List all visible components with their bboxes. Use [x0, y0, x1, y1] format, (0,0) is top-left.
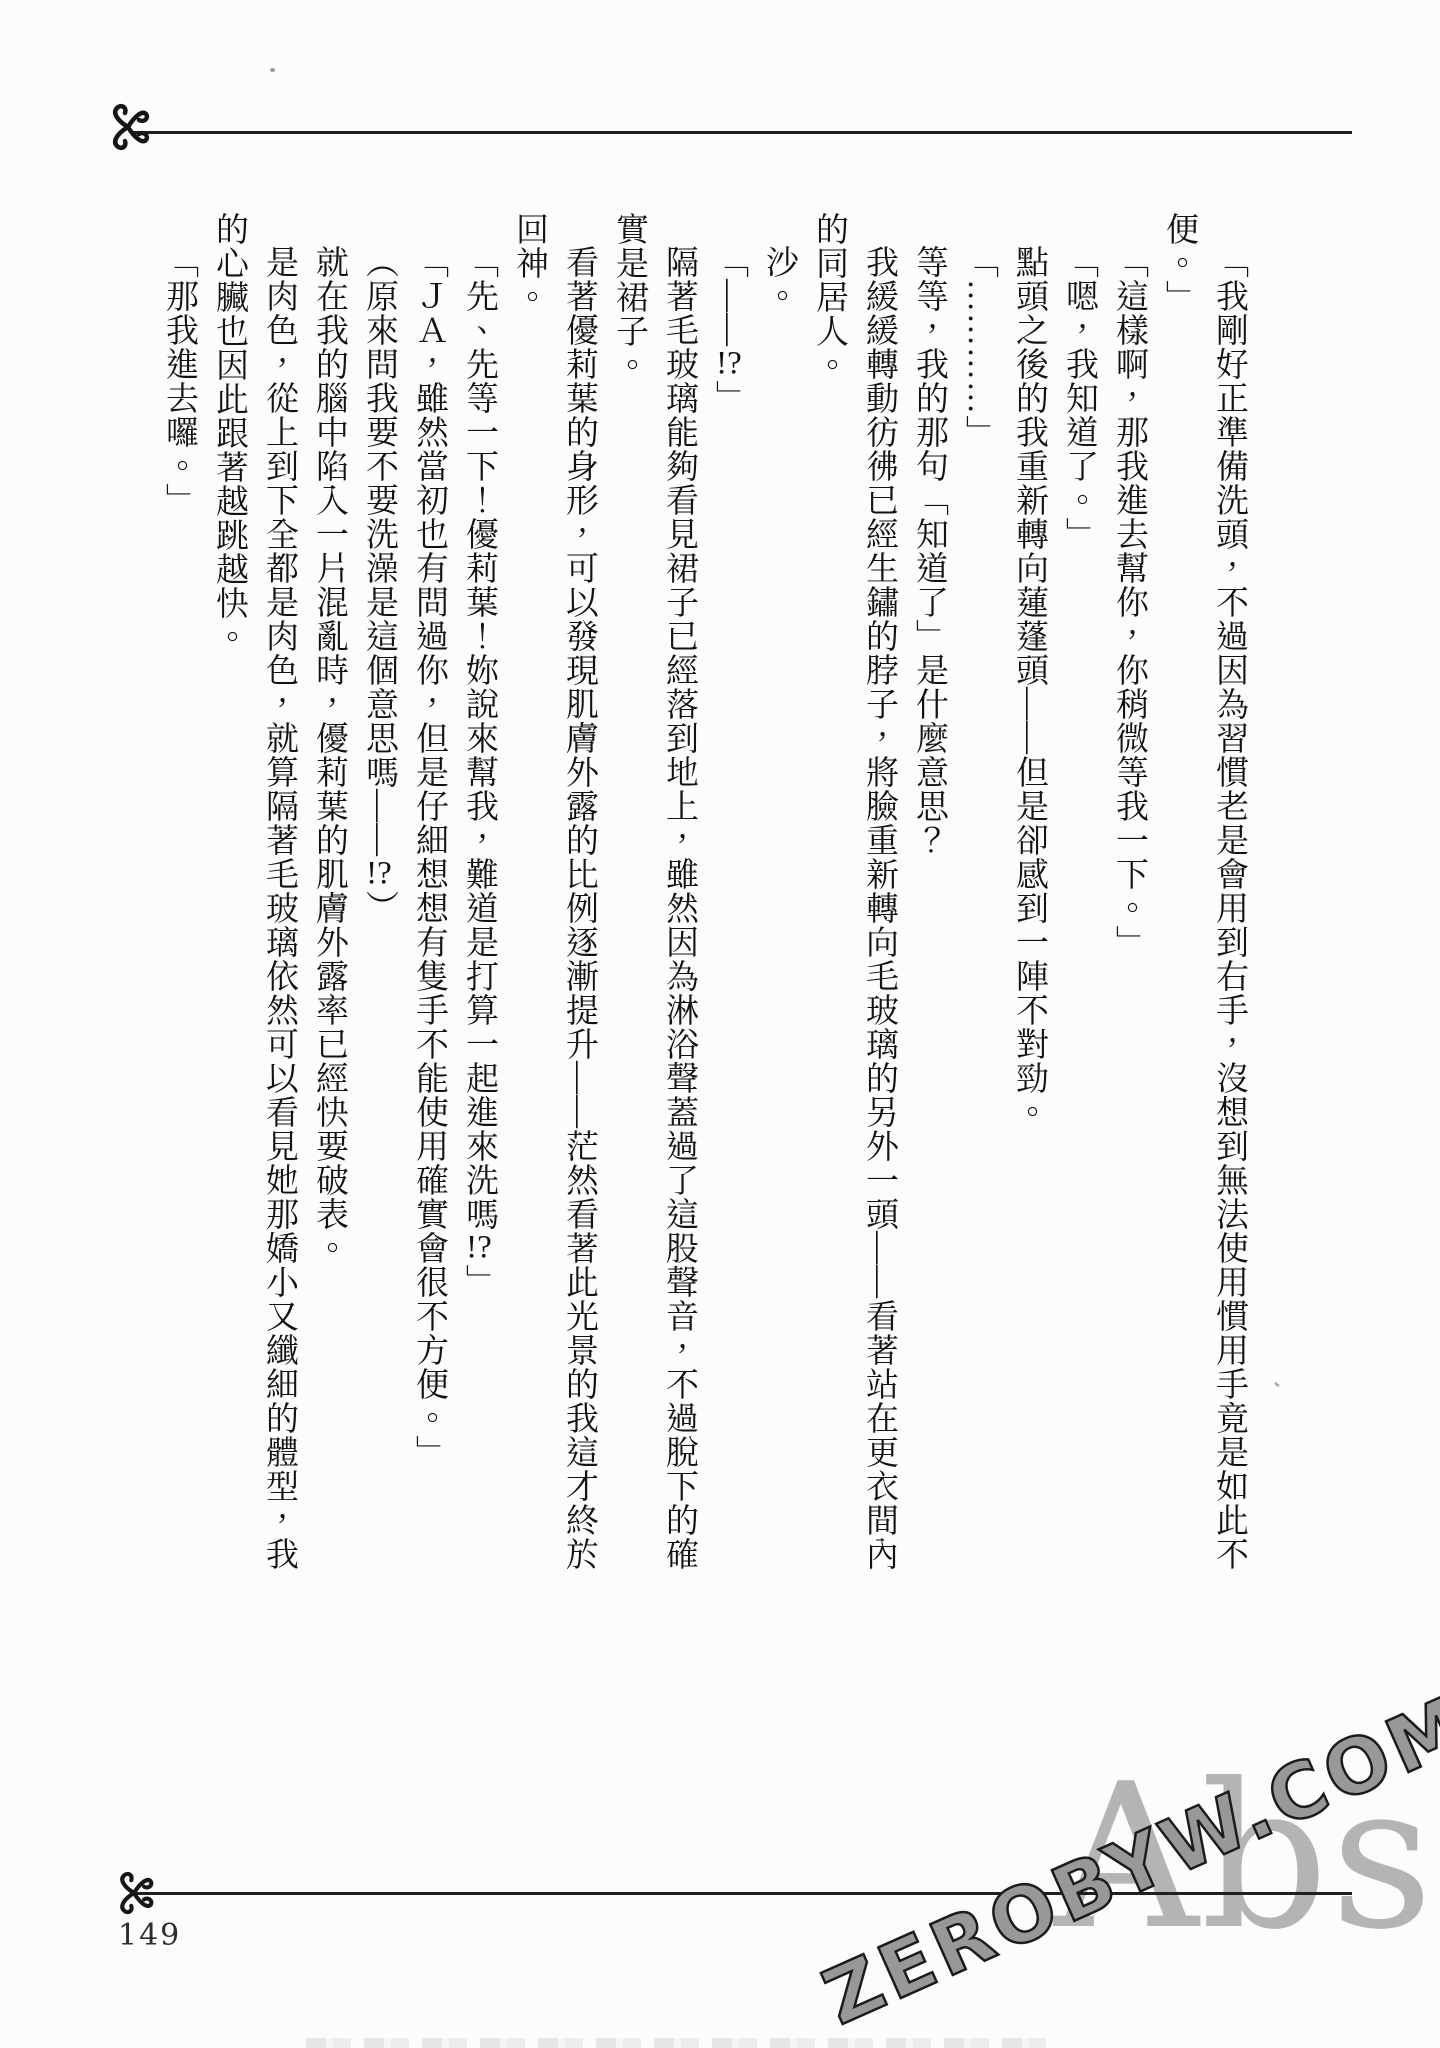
cut-off-text-remnant [306, 2038, 1046, 2048]
page-number: 149 [118, 1918, 181, 1953]
paragraph: 等等，我的那句「知道了」是什麼意思？ [904, 212, 954, 1577]
paragraph: 「——!?」 [704, 212, 754, 1577]
paragraph: 隔著毛玻璃能夠看見裙子已經落到地上，雖然因為淋浴聲蓋過了這股聲音，不過脫下的確實… [604, 212, 704, 1577]
paragraph: 「…………」 [954, 212, 1004, 1577]
book-page: 「我剛好正準備洗頭，不過因為習慣老是會用到右手，沒想到無法使用慣用手竟是如此不便… [0, 0, 1440, 2048]
scan-speck [270, 68, 275, 72]
paragraph: 「這樣啊，那我進去幫你，你稍微等我一下。」 [1104, 212, 1154, 1577]
paragraph: 「我剛好正準備洗頭，不過因為習慣老是會用到右手，沒想到無法使用慣用手竟是如此不便… [1154, 212, 1254, 1577]
paragraph: 就在我的腦中陷入一片混亂時，優莉葉的肌膚外露率已經快要破表。 [304, 212, 354, 1577]
paragraph: 「那我進去囉。」 [154, 212, 204, 1577]
fleuron-ornament-icon [112, 1869, 156, 1917]
scan-speck [1274, 1381, 1281, 1387]
top-divider-rule [130, 131, 1352, 134]
paragraph: 我緩緩轉動彷彿已經生鏽的脖子，將臉重新轉向毛玻璃的另外一頭——看著站在更衣間內的… [804, 212, 904, 1577]
paragraph: 「先、先等一下！優莉葉！妳說來幫我，難道是打算一起進來洗嗎!?」 [454, 212, 504, 1577]
paragraph: 是肉色，從上到下全都是肉色，就算隔著毛玻璃依然可以看見她那嬌小又纖細的體型，我的… [204, 212, 304, 1577]
vertical-text-block: 「我剛好正準備洗頭，不過因為習慣老是會用到右手，沒想到無法使用慣用手竟是如此不便… [154, 212, 1254, 1577]
paragraph: （原來問我要不要洗澡是這個意思嗎——!?） [354, 212, 404, 1577]
paragraph: 點頭之後的我重新轉向蓮蓬頭——但是卻感到一陣不對勁。 [1004, 212, 1054, 1577]
paragraph: 「嗯，我知道了。」 [1054, 212, 1104, 1577]
paragraph: 沙。 [754, 212, 804, 1577]
paragraph: 看著優莉葉的身形，可以發現肌膚外露的比例逐漸提升——茫然看著此光景的我這才終於回… [504, 212, 604, 1577]
paragraph: 「ＪＡ，雖然當初也有問過你，但是仔細想想有隻手不能使用確實會很不方便。」 [404, 212, 454, 1577]
fleuron-ornament-icon [104, 101, 152, 153]
